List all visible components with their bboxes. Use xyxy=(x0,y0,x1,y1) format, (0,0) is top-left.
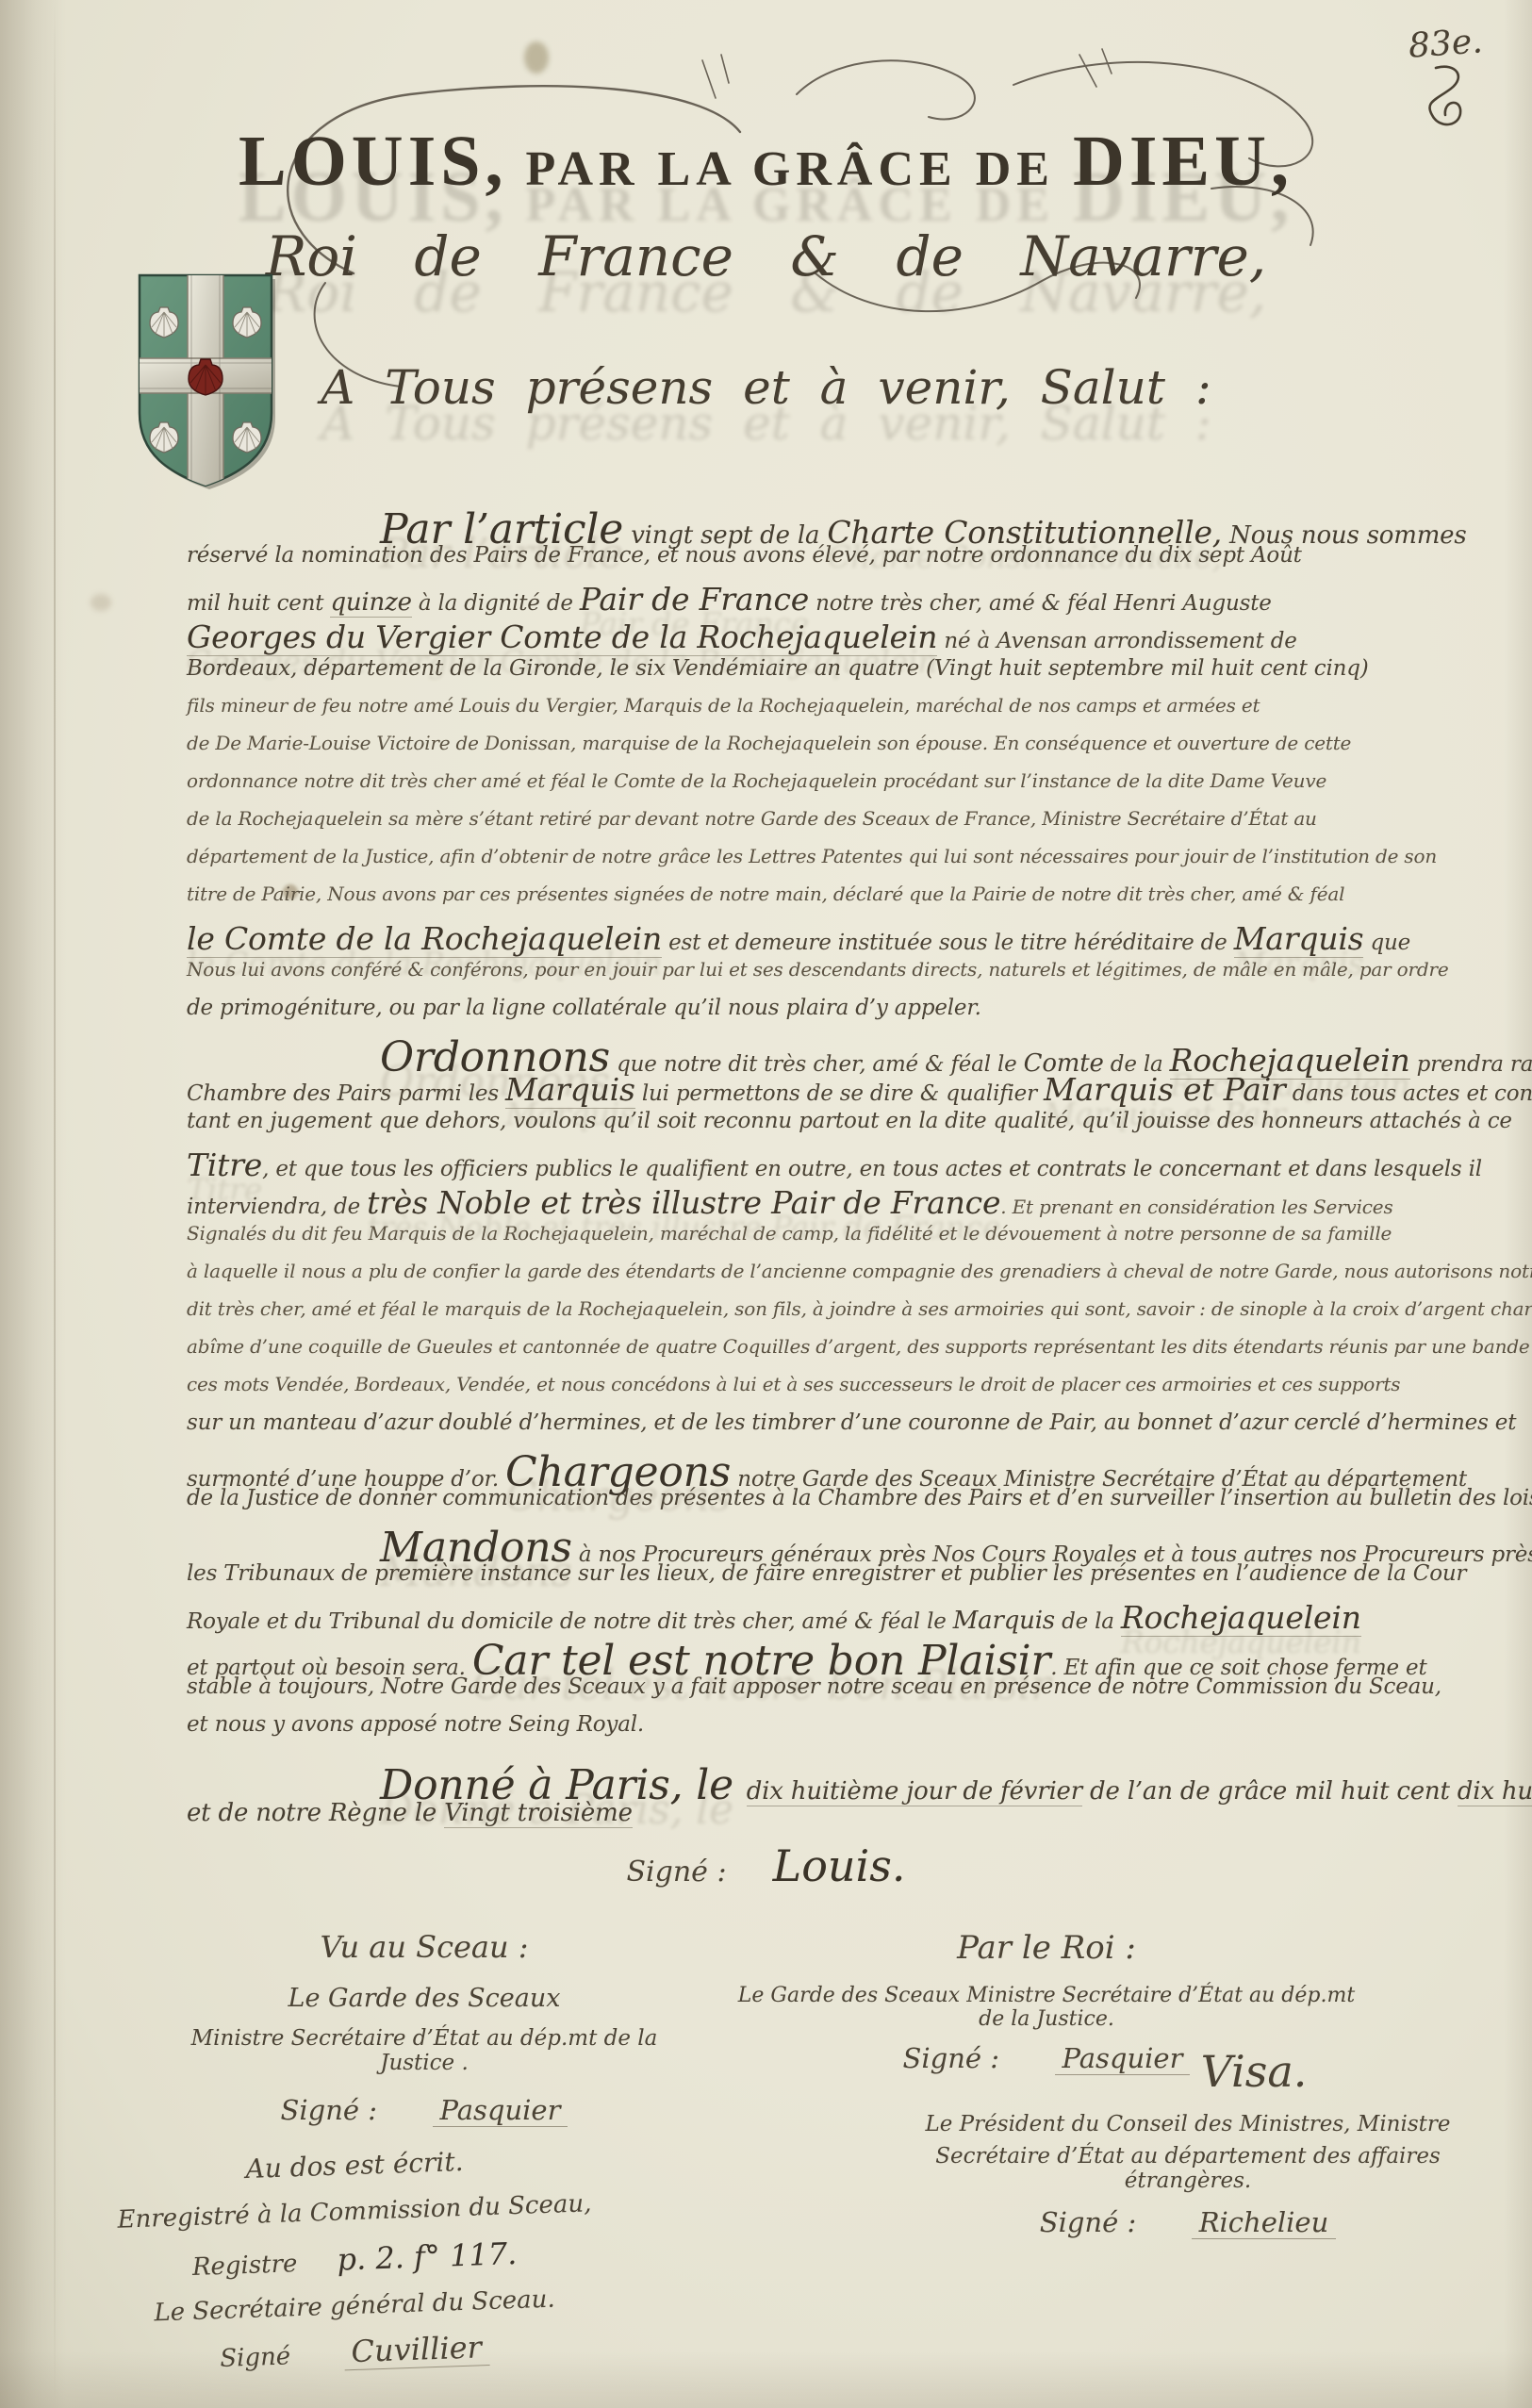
document-line: de la Rochejaquelein sa mère s’étant ret… xyxy=(187,807,1469,845)
document-line: Signalés du dit feu Marquis de la Rochej… xyxy=(187,1222,1469,1260)
document-line: réservé la nomination des Pairs de Franc… xyxy=(187,543,1469,581)
document-body: Par l’article vingt sept de la Charte Co… xyxy=(187,505,1469,1837)
document-line: ordonnance notre dit très cher amé et fé… xyxy=(187,769,1469,807)
text-segment: dit très cher, amé et féal le marquis de… xyxy=(187,1297,1532,1320)
visa-office-2: Secrétaire d’État au département des aff… xyxy=(914,2144,1461,2193)
title-word-dieu: DIEU, xyxy=(1073,122,1293,201)
text-segment: Bordeaux, département de la Gironde, le … xyxy=(187,656,1369,681)
text-segment: et de notre Règne le xyxy=(187,1799,444,1827)
coat-of-arms xyxy=(132,268,279,498)
registration-line: Enregistré à la Commission du Sceau, xyxy=(91,2188,619,2235)
text-segment: , et que tous les officiers publics le q… xyxy=(262,1157,1482,1181)
text-segment: de la Justice de donner communication de… xyxy=(187,1486,1532,1510)
text-segment: le Comte de la Rochejaquelein xyxy=(187,920,662,958)
document-line: Titre, et que tous les officiers publics… xyxy=(187,1146,1469,1184)
register-label: Registre xyxy=(191,2250,298,2282)
document-line: ces mots Vendée, Bordeaux, Vendée, et no… xyxy=(187,1373,1469,1410)
document-line: Georges du Vergier Comte de la Rochejaqu… xyxy=(187,618,1469,656)
text-segment: né à Avensan arrondissement de xyxy=(937,629,1296,653)
document-line: département de la Justice, afin d’obteni… xyxy=(187,845,1469,882)
signature-label: Signé : xyxy=(1040,2206,1137,2238)
seal-block-left: Vu au Sceau : Le Garde des Sceaux Minist… xyxy=(170,1929,679,2126)
title-middle: PAR LA GRÂCE DE xyxy=(508,142,1073,196)
text-segment: Georges du Vergier Comte de la Rochejaqu… xyxy=(187,618,937,656)
document-line: Ordonnons que notre dit très cher, amé &… xyxy=(187,1033,1469,1071)
text-segment: quinze xyxy=(330,588,411,618)
text-segment: Marquis xyxy=(953,1607,1055,1635)
text-segment: ces mots Vendée, Bordeaux, Vendée, et no… xyxy=(187,1373,1400,1395)
text-segment: Nous lui avons conféré & conférons, pour… xyxy=(187,958,1448,981)
document-line: Donné à Paris, le dix huitième jour de f… xyxy=(187,1761,1469,1799)
folio-number: 83e. xyxy=(1408,22,1484,65)
text-segment: Pair de France xyxy=(580,581,809,618)
text-segment: Marquis xyxy=(505,1071,635,1109)
document-line: de la Justice de donner communication de… xyxy=(187,1486,1469,1524)
seal-left-office: Le Garde des Sceaux xyxy=(170,1984,679,2013)
text-segment: fils mineur de feu notre amé Louis du Ve… xyxy=(187,694,1260,717)
text-segment: Rochejaquelein xyxy=(1121,1599,1361,1637)
text-segment: sur un manteau d’azur doublé d’hermines,… xyxy=(187,1410,1516,1435)
document-line: Mandons à nos Procureurs généraux près N… xyxy=(187,1524,1469,1561)
text-segment: dix huit xyxy=(1458,1777,1532,1806)
seal-left-heading: Vu au Sceau : xyxy=(170,1929,679,1965)
registration-heading: Au dos est écrit. xyxy=(91,2140,619,2190)
document-line: à laquelle il nous a plu de confier la g… xyxy=(187,1260,1469,1297)
text-segment: tant en jugement que dehors, voulons qu’… xyxy=(187,1109,1512,1133)
signature-label: Signé : xyxy=(627,1855,727,1888)
document-line: fils mineur de feu notre amé Louis du Ve… xyxy=(187,694,1469,732)
text-segment: département de la Justice, afin d’obteni… xyxy=(187,845,1437,867)
signature-label: Signé xyxy=(220,2342,291,2373)
text-segment: de De Marie-Louise Victoire de Donissan,… xyxy=(187,732,1351,754)
text-segment: de l’an de grâce mil huit cent xyxy=(1082,1777,1458,1806)
document-page: { "page": { "folio": "83e." }, "header":… xyxy=(0,0,1532,2408)
document-line: mil huit cent quinze à la dignité de Pai… xyxy=(187,581,1469,618)
document-line: titre de Pairie, Nous avons par ces prés… xyxy=(187,882,1469,920)
title-word-louis: LOUIS, xyxy=(239,122,508,201)
document-line: abîme d’une coquille de Gueules et canto… xyxy=(187,1335,1469,1373)
document-line: stable à toujours, Notre Garde des Sceau… xyxy=(187,1674,1469,1712)
text-segment: mil huit cent xyxy=(187,591,330,616)
signature-name-pasquier: Pasquier xyxy=(433,2094,568,2127)
seal-left-office-2: Ministre Secrétaire d’État au dép.mt de … xyxy=(170,2026,679,2075)
text-segment: dans tous actes et contrats, xyxy=(1286,1081,1532,1106)
document-line: de primogéniture, ou par la ligne collat… xyxy=(187,996,1469,1033)
text-segment: de la Rochejaquelein sa mère s’étant ret… xyxy=(187,807,1317,830)
visa-office: Le Président du Conseil des Ministres, M… xyxy=(914,2112,1461,2136)
text-segment: très Noble et très illustre Pair de Fran… xyxy=(367,1184,1000,1221)
king-office: Le Garde des Sceaux Ministre Secrétaire … xyxy=(735,1984,1358,2031)
text-segment: réservé la nomination des Pairs de Franc… xyxy=(187,543,1302,568)
text-segment: lui permettons de se dire & qualifier xyxy=(635,1081,1044,1106)
signature-name-richelieu: Richelieu xyxy=(1192,2206,1337,2239)
paper-stain xyxy=(524,41,549,74)
document-line: Par l’article vingt sept de la Charte Co… xyxy=(187,505,1469,543)
document-line: et partout où besoin sera. Car tel est n… xyxy=(187,1637,1469,1674)
document-line: le Comte de la Rochejaquelein est et dem… xyxy=(187,920,1469,958)
text-segment: Vingt troisième xyxy=(444,1799,633,1828)
text-segment: à la dignité de xyxy=(412,591,580,616)
document-line: Nous lui avons conféré & conférons, pour… xyxy=(187,958,1469,996)
text-segment: Chambre des Pairs parmi les xyxy=(187,1081,505,1106)
registration-register: Registre p. 2. f° 117. xyxy=(91,2232,619,2286)
text-segment: ordonnance notre dit très cher amé et fé… xyxy=(187,769,1326,792)
text-segment: Titre xyxy=(187,1146,262,1183)
document-line: tant en jugement que dehors, voulons qu’… xyxy=(187,1109,1469,1146)
spacer xyxy=(299,2363,337,2364)
visa-heading: Visa. xyxy=(980,2046,1527,2097)
text-segment: Marquis xyxy=(1234,920,1364,958)
main-title: LOUIS, PAR LA GRÂCE DE DIEU, xyxy=(0,121,1532,203)
royal-signature: Signé : Louis. xyxy=(0,1840,1532,1891)
text-segment: est et demeure instituée sous le titre h… xyxy=(662,931,1234,955)
registration-secretary: Le Secrétaire général du Sceau. xyxy=(91,2283,619,2330)
document-line: et nous y avons apposé notre Seing Royal… xyxy=(187,1712,1469,1750)
text-segment: Marquis et Pair xyxy=(1044,1071,1286,1108)
document-line: sur un manteau d’azur doublé d’hermines,… xyxy=(187,1410,1469,1448)
signature-name-cuvillier: Cuvillier xyxy=(343,2329,490,2370)
document-line: Bordeaux, département de la Gironde, le … xyxy=(187,656,1469,694)
text-segment: Signalés du dit feu Marquis de la Rochej… xyxy=(187,1222,1392,1245)
document-line: Royale et du Tribunal du domicile de not… xyxy=(187,1599,1469,1637)
text-segment: de la xyxy=(1055,1609,1121,1634)
text-segment: de primogéniture, ou par la ligne collat… xyxy=(187,996,981,1020)
text-segment: notre très cher, amé & féal Henri August… xyxy=(809,591,1272,616)
register-reference: p. 2. f° 117. xyxy=(337,2235,518,2278)
signature-label: Signé : xyxy=(281,2094,378,2126)
text-segment: que xyxy=(1363,931,1410,955)
seal-left-signature: Signé : Pasquier xyxy=(170,2094,679,2126)
text-segment: les Tribunaux de première instance sur l… xyxy=(187,1561,1466,1586)
signature-name-louis: Louis. xyxy=(773,1840,906,1891)
text-segment: à laquelle il nous a plu de confier la g… xyxy=(187,1260,1532,1282)
text-segment: . Et prenant en considération les Servic… xyxy=(1000,1196,1392,1218)
text-segment: Royale et du Tribunal du domicile de not… xyxy=(187,1609,953,1634)
document-line: interviendra, de très Noble et très illu… xyxy=(187,1184,1469,1222)
text-segment: interviendra, de xyxy=(187,1195,367,1219)
king-heading: Par le Roi : xyxy=(735,1929,1358,1967)
visa-block: Visa. Le Président du Conseil des Minist… xyxy=(914,2046,1461,2238)
registration-block: Au dos est écrit. Enregistré à la Commis… xyxy=(91,2150,618,2369)
document-line: de De Marie-Louise Victoire de Donissan,… xyxy=(187,732,1469,769)
document-line: dit très cher, amé et féal le marquis de… xyxy=(187,1297,1469,1335)
text-segment: et nous y avons apposé notre Seing Royal… xyxy=(187,1712,644,1737)
text-segment: abîme d’une coquille de Gueules et canto… xyxy=(187,1335,1532,1358)
visa-signature: Signé : Richelieu xyxy=(914,2206,1461,2238)
document-line: les Tribunaux de première instance sur l… xyxy=(187,1561,1469,1599)
document-line: surmonté d’une houppe d’or. Chargeons no… xyxy=(187,1448,1469,1486)
document-line: Chambre des Pairs parmi les Marquis lui … xyxy=(187,1071,1469,1109)
paper-stain xyxy=(91,594,111,611)
text-segment: dix huitième jour de février xyxy=(747,1777,1082,1806)
text-segment: stable à toujours, Notre Garde des Sceau… xyxy=(187,1674,1441,1699)
text-segment: titre de Pairie, Nous avons par ces prés… xyxy=(187,882,1344,905)
